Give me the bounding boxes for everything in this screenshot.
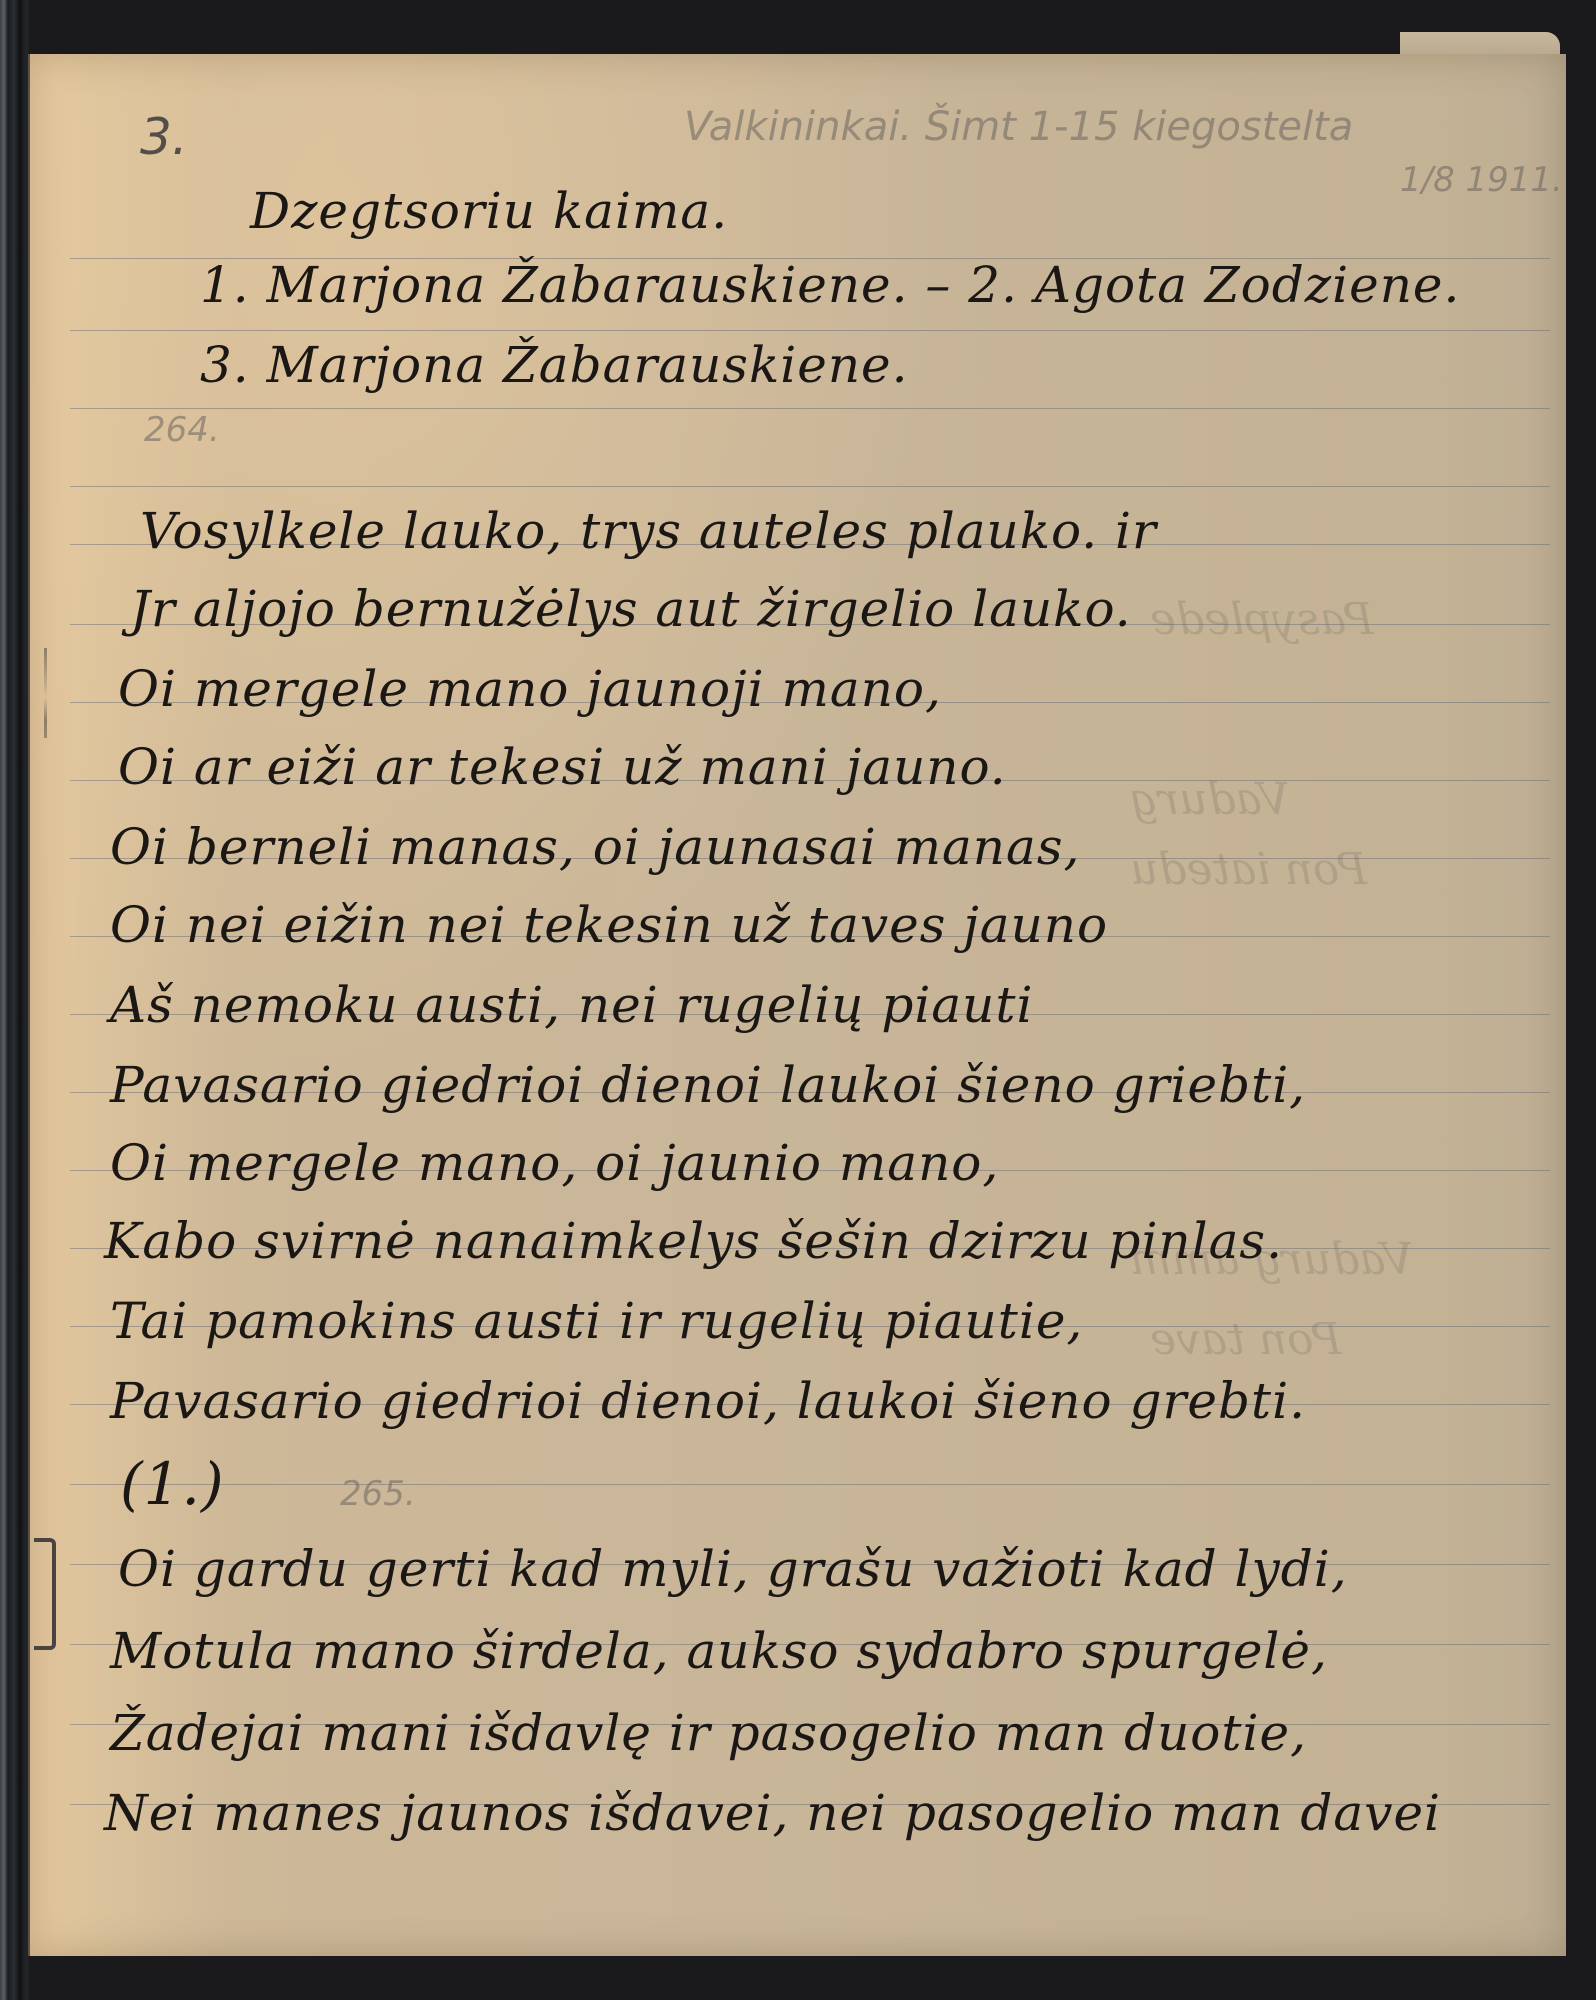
verse-line: Oi gardu gerti kad myli, grašu važioti k… bbox=[118, 1540, 1348, 1598]
verse-line: Tai pamokins austi ir rugelių piautie, bbox=[110, 1292, 1083, 1350]
notebook-binding bbox=[0, 0, 30, 2000]
verse-line: Pavasario giedrioi dienoi laukoi šieno g… bbox=[110, 1056, 1306, 1114]
verse-line: Oi berneli manas, oi jaunasai manas, bbox=[110, 818, 1080, 876]
verse-line: Aš nemoku austi, nei rugelių piauti bbox=[110, 976, 1033, 1034]
staple bbox=[34, 1538, 56, 1650]
bleed-through-text: Vadurg bbox=[1130, 774, 1290, 825]
village-heading: Dzegtsoriu kaima. bbox=[250, 182, 728, 240]
verse-line: Oi nei eižin nei tekesin už taves jauno bbox=[110, 896, 1108, 954]
song-number: 265. bbox=[340, 1474, 416, 1514]
verse-line: Oi mergele mano, oi jaunio mano, bbox=[110, 1134, 999, 1192]
scanned-document: Pasyplede Vadurg Pon iatedu Vadurg amm P… bbox=[0, 0, 1596, 2000]
ruled-line bbox=[70, 486, 1550, 487]
pencil-mark bbox=[44, 648, 47, 738]
ruled-line bbox=[70, 1484, 1550, 1485]
bleed-through-text: Pasyplede bbox=[1150, 594, 1374, 645]
song-end-marker: (1.) bbox=[120, 1450, 225, 1518]
verse-line: Kabo svirnė nanaimkelys šešin dzirzu pin… bbox=[104, 1212, 1283, 1270]
bleed-through-text: Pon iatedu bbox=[1130, 844, 1367, 895]
pencil-date-note: 1/8 1911. bbox=[1400, 160, 1563, 200]
ruled-line bbox=[70, 330, 1550, 331]
song-number: 264. bbox=[144, 410, 220, 450]
verse-line: Pavasario giedrioi dienoi, laukoi šieno … bbox=[110, 1372, 1306, 1430]
verse-line: Oi ar eiži ar tekesi už mani jauno. bbox=[118, 738, 1007, 796]
verse-line: Motula mano širdela, aukso sydabro spurg… bbox=[110, 1622, 1328, 1680]
pencil-place-note: Valkininkai. Šimt 1-15 kiegostelta bbox=[684, 104, 1353, 150]
informant-line: 1. Marjona Žabarauskiene. – 2. Agota Zod… bbox=[200, 256, 1460, 314]
page-stack-edge bbox=[1400, 32, 1560, 56]
bleed-through-text: Pon tave bbox=[1150, 1314, 1341, 1365]
verse-line: Vosylkele lauko, trys auteles plauko. ir bbox=[140, 502, 1157, 560]
verse-line: Jr aljojo bernužėlys aut žirgelio lauko. bbox=[130, 580, 1132, 638]
page-number: 3. bbox=[140, 108, 188, 166]
informant-line: 3. Marjona Žabarauskiene. bbox=[200, 336, 909, 394]
ruled-line bbox=[70, 408, 1550, 409]
verse-line: Nei manes jaunos išdavei, nei pasogelio … bbox=[104, 1784, 1441, 1842]
verse-line: Oi mergele mano jaunoji mano, bbox=[118, 660, 942, 718]
verse-line: Žadejai mani išdavlę ir pasogelio man du… bbox=[110, 1704, 1307, 1762]
